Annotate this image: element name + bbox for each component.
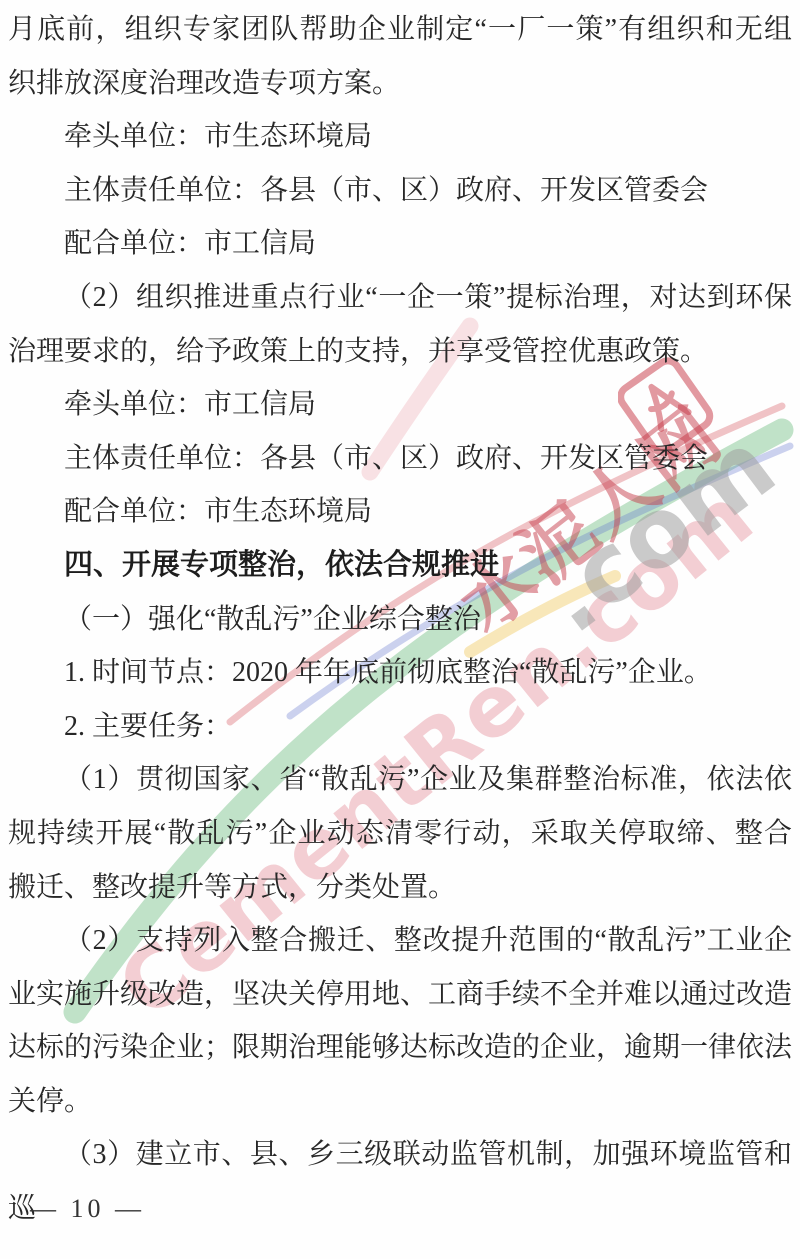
document-line: 牵头单位：市工信局	[8, 378, 792, 432]
page-number: — 10 —	[8, 1182, 792, 1236]
document-line: 配合单位：市生态环境局	[8, 485, 792, 539]
subsection-heading: （一）强化“散乱污”企业综合整治	[8, 593, 792, 647]
document-line: 主体责任单位：各县（市、区）政府、开发区管委会	[8, 164, 792, 218]
document-line: （2）支持列入整合搬迁、整改提升范围的“散乱污”工业企	[8, 914, 792, 968]
document-line: （1）贯彻国家、省“散乱污”企业及集群整治标准，依法依	[8, 753, 792, 807]
document-page: 月底前，组织专家团队帮助企业制定“一厂一策”有组织和无组 织排放深度治理改造专项…	[8, 3, 792, 1236]
document-line: 1. 时间节点：2020 年年底前彻底整治“散乱污”企业。	[8, 646, 792, 700]
document-line: 规持续开展“散乱污”企业动态清零行动，采取关停取缔、整合	[8, 807, 792, 861]
document-line: 配合单位：市工信局	[8, 217, 792, 271]
section-heading: 四、开展专项整治，依法合规推进	[8, 539, 792, 593]
document-line: 达标的污染企业；限期治理能够达标改造的企业，逾期一律依法	[8, 1021, 792, 1075]
document-line: 关停。	[8, 1075, 792, 1129]
document-line: 织排放深度治理改造专项方案。	[8, 57, 792, 111]
document-line: （3）建立市、县、乡三级联动监管机制，加强环境监管和巡	[8, 1128, 792, 1182]
document-line: 治理要求的，给予政策上的支持，并享受管控优惠政策。	[8, 325, 792, 379]
document-line: 主体责任单位：各县（市、区）政府、开发区管委会	[8, 432, 792, 486]
document-line: （2）组织推进重点行业“一企一策”提标治理，对达到环保	[8, 271, 792, 325]
document-line: 2. 主要任务：	[8, 700, 792, 754]
document-line: 月底前，组织专家团队帮助企业制定“一厂一策”有组织和无组	[8, 3, 792, 57]
document-line: 业实施升级改造，坚决关停用地、工商手续不全并难以通过改造	[8, 968, 792, 1022]
document-line: 搬迁、整改提升等方式，分类处置。	[8, 861, 792, 915]
document-line: 牵头单位：市生态环境局	[8, 110, 792, 164]
